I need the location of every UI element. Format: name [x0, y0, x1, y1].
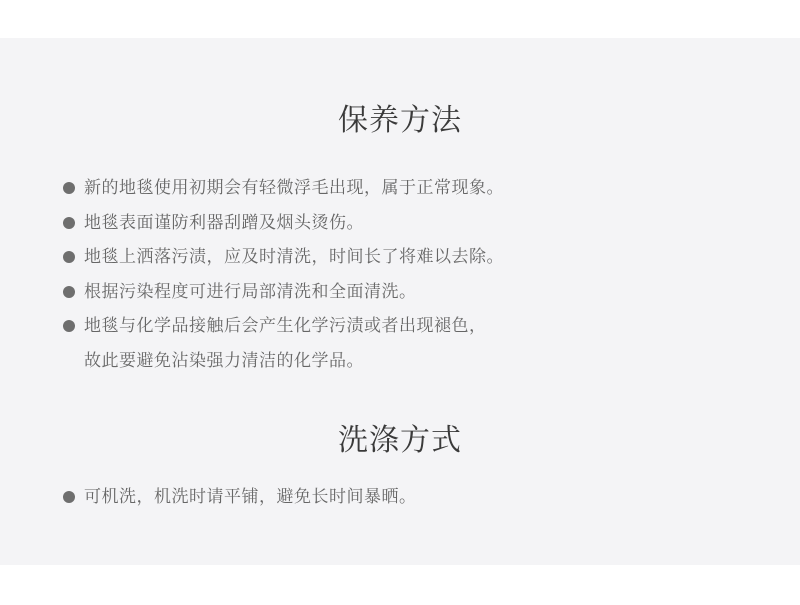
item-text-line-1: 地毯与化学品接触后会产生化学污渍或者出现褪色，: [84, 309, 504, 344]
maintenance-list: 新的地毯使用初期会有轻微浮毛出现，属于正常现象。 地毯表面谨防利器刮蹭及烟头烫伤…: [62, 171, 504, 378]
item-text: 根据污染程度可进行局部清洗和全面清洗。: [84, 275, 504, 310]
bullet-dot-icon: [63, 182, 75, 194]
washing-list: 可机洗，机洗时请平铺，避免长时间暴晒。: [62, 480, 417, 515]
list-item: 可机洗，机洗时请平铺，避免长时间暴晒。: [62, 480, 417, 515]
bullet-dot-icon: [63, 251, 75, 263]
bullet-dot-icon: [63, 320, 75, 332]
list-item: 地毯上洒落污渍，应及时清洗，时间长了将难以去除。: [62, 240, 504, 275]
bullet-dot-icon: [63, 286, 75, 298]
list-item: 根据污染程度可进行局部清洗和全面清洗。: [62, 275, 504, 310]
item-text: 地毯表面谨防利器刮蹭及烟头烫伤。: [84, 206, 504, 241]
item-text: 可机洗，机洗时请平铺，避免长时间暴晒。: [84, 480, 417, 515]
list-item: 地毯与化学品接触后会产生化学污渍或者出现褪色， 故此要避免沾染强力清洁的化学品。: [62, 309, 504, 378]
item-text: 新的地毯使用初期会有轻微浮毛出现，属于正常现象。: [84, 171, 504, 206]
section-title-washing: 洗涤方式: [0, 421, 800, 461]
list-item: 地毯表面谨防利器刮蹭及烟头烫伤。: [62, 206, 504, 241]
bullet-dot-icon: [63, 217, 75, 229]
list-item: 新的地毯使用初期会有轻微浮毛出现，属于正常现象。: [62, 171, 504, 206]
item-text: 地毯上洒落污渍，应及时清洗，时间长了将难以去除。: [84, 240, 504, 275]
section-title-maintenance: 保养方法: [0, 101, 800, 141]
bullet-dot-icon: [63, 491, 75, 503]
item-text-line-2: 故此要避免沾染强力清洁的化学品。: [84, 344, 504, 379]
